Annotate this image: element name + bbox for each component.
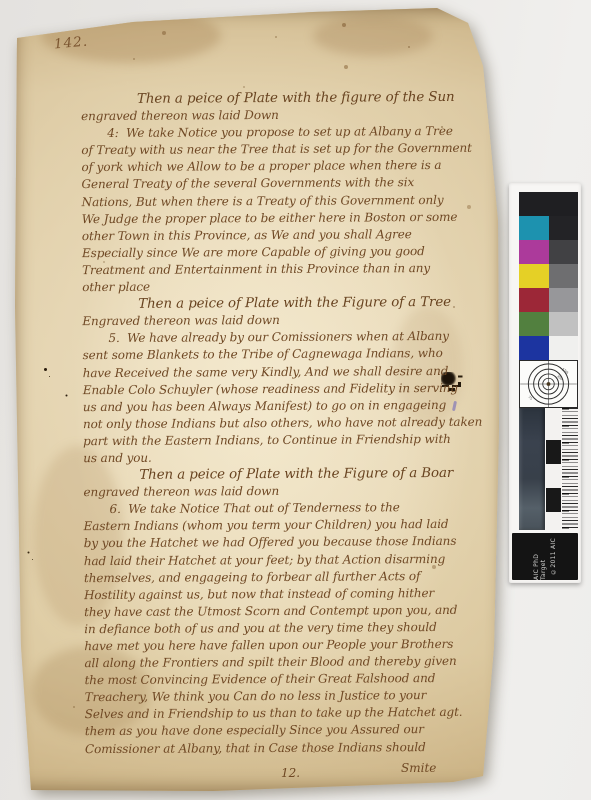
- manuscript-line: We Judge the proper place to be either h…: [82, 208, 464, 227]
- manuscript-line: them as you have done especially Since y…: [85, 721, 467, 740]
- color-patch: [519, 240, 549, 264]
- color-patch: [549, 216, 579, 240]
- color-calibration-target: 150 300 75 AIC PhD Target ©2011 AIC: [509, 183, 581, 583]
- manuscript-line: Then a peice of Plate with the figure of…: [81, 89, 463, 108]
- manuscript-text: Then a peice of Plate with the figure of…: [81, 89, 467, 758]
- margin-ink-dots: [13, 6, 16, 9]
- page-number: 142.: [53, 34, 88, 53]
- ruler-section: [519, 408, 578, 530]
- manuscript-line: other Town in this Province, as We and y…: [82, 226, 464, 245]
- manuscript-line: Enable Colo Schuyler (whose readiness an…: [83, 379, 465, 398]
- color-patch-row: [519, 264, 578, 288]
- svg-text:150: 150: [561, 367, 570, 376]
- color-patch-row: [519, 312, 578, 336]
- color-patch-row: [519, 288, 578, 312]
- foxing-specks: [13, 6, 15, 8]
- color-patch: [519, 264, 549, 288]
- color-patch: [519, 336, 549, 360]
- color-patch-row: [519, 192, 578, 216]
- bullseye-target-icon: 150 300 75: [519, 360, 578, 408]
- target-label: AIC PhD Target ©2011 AIC: [512, 533, 578, 580]
- catchword: Smite: [401, 761, 436, 775]
- color-patch: [549, 288, 579, 312]
- manuscript-line: Treatment and Entertainment in this Prov…: [82, 260, 464, 279]
- color-patch: [549, 240, 579, 264]
- manuscript-line: by you the Hatchet we had Offered you be…: [84, 533, 466, 552]
- color-patch: [519, 312, 549, 336]
- color-patch-column: [519, 192, 578, 360]
- manuscript-paragraph: 4: We take Notice you propose to set up …: [81, 123, 464, 296]
- manuscript-line: Comissioner at Albany, that in Case thos…: [85, 738, 467, 757]
- stain: [313, 16, 433, 56]
- manuscript-line: Hostility against us, but now that inste…: [84, 585, 466, 604]
- manuscript-line: Then a peice of Plate with the Figure of…: [83, 465, 465, 484]
- ruler-tick-scale: [562, 408, 578, 530]
- color-patch-row: [519, 336, 578, 360]
- manuscript-line: sent some Blankets to the Tribe of Cagne…: [83, 345, 465, 364]
- manuscript-line: part with the Eastern Indians, to Contin…: [83, 431, 465, 450]
- manuscript-line: us and you has been Always Manifest) to …: [83, 397, 465, 416]
- ruler-gray-bar: [519, 408, 545, 530]
- manuscript-paragraph: Then a peice of Plate with the figure of…: [81, 89, 463, 126]
- manuscript-line: General Treaty of the several Government…: [81, 174, 463, 193]
- bullseye-rings: 150 300 75: [520, 361, 577, 407]
- target-label-line1: AIC PhD Target: [533, 533, 547, 580]
- manuscript-paragraph: 6. We take Notice That out of Tenderness…: [83, 499, 467, 758]
- color-patch: [549, 336, 579, 360]
- manuscript-page: 142. Then a peice of Plate with the figu…: [13, 6, 502, 795]
- color-patch-row: [519, 216, 578, 240]
- color-patch: [519, 192, 578, 216]
- manuscript-line: they have cast the Utmost Scorn and Cont…: [84, 602, 466, 621]
- color-patch: [549, 264, 579, 288]
- photo-background: 142. Then a peice of Plate with the figu…: [0, 0, 591, 800]
- manuscript-line: have Received the same very Kindly, And …: [83, 362, 465, 381]
- manuscript-line: not only those Indians but also others, …: [83, 414, 465, 433]
- color-patch-row: [519, 240, 578, 264]
- manuscript-line: themselves, and engageing to forbear all…: [84, 567, 466, 586]
- manuscript-paragraph: Then a peice of Plate with the Figure of…: [82, 294, 464, 331]
- ruler-checkerboard: [546, 408, 561, 530]
- color-patch: [519, 216, 549, 240]
- manuscript-line: Then a peice of Plate with the Figure of…: [82, 294, 464, 313]
- target-label-line2: ©2011 AIC: [550, 538, 557, 575]
- color-patch: [519, 288, 549, 312]
- svg-text:75: 75: [527, 395, 533, 401]
- manuscript-line: Nations, But when there is a Treaty of t…: [82, 191, 464, 210]
- color-patch: [549, 312, 579, 336]
- manuscript-line: had laid their Hatchet at your feet; by …: [84, 550, 466, 569]
- manuscript-paragraph: Then a peice of Plate with the Figure of…: [83, 465, 465, 502]
- signature-mark: 12.: [281, 766, 300, 780]
- manuscript-paragraph: 5. We have already by our Comissioners w…: [82, 328, 465, 467]
